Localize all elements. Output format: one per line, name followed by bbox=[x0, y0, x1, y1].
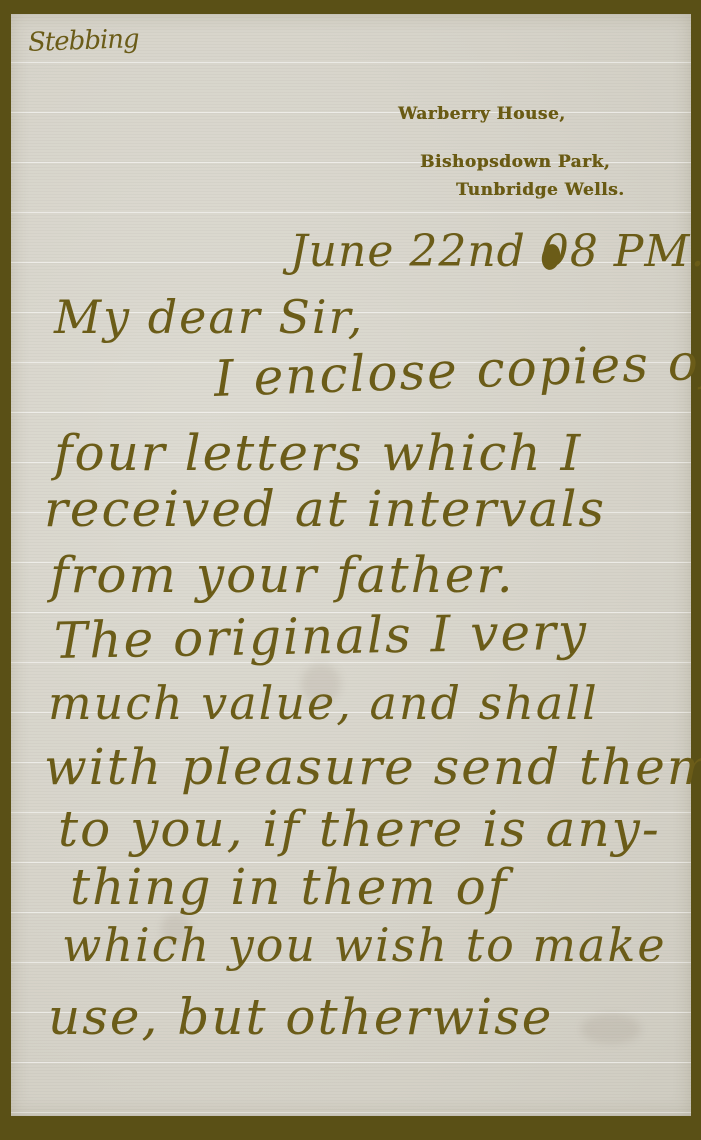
body-line: use, but otherwise bbox=[48, 988, 553, 1046]
paper-stain bbox=[581, 1014, 641, 1044]
letterhead-line-1: Warberry House, bbox=[398, 104, 566, 124]
body-line: from your father. bbox=[50, 546, 515, 604]
scan-border: Stebbing Warberry House, Bishopsdown Par… bbox=[0, 0, 701, 1140]
body-line: to you, if there is any- bbox=[58, 800, 661, 858]
archival-annotation: Stebbing bbox=[28, 24, 140, 58]
body-line: much value, and shall bbox=[48, 676, 599, 730]
body-line: four letters which I bbox=[54, 424, 582, 482]
salutation: My dear Sir, bbox=[54, 290, 364, 344]
body-line: which you wish to make bbox=[62, 918, 667, 972]
letterhead-line-3: Tunbridge Wells. bbox=[456, 180, 625, 200]
letterhead-line-2: Bishopsdown Park, bbox=[420, 152, 610, 172]
body-line: with pleasure send them bbox=[44, 738, 701, 796]
body-line: The originals I very bbox=[53, 603, 588, 670]
body-line: received at intervals bbox=[44, 480, 606, 538]
body-line: thing in them of bbox=[70, 858, 508, 916]
letter-date: June 22nd 08 PM. bbox=[290, 226, 701, 277]
